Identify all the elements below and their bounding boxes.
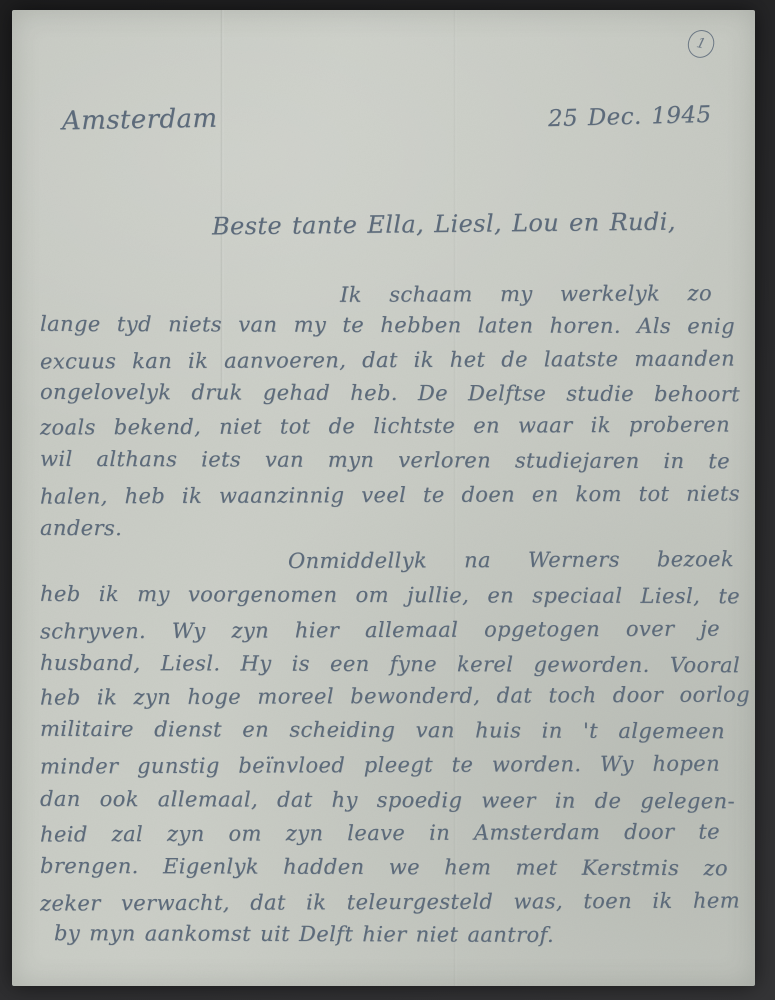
handwritten-line: ongelovelyk druk gehad heb. De Delftse s… (40, 380, 740, 412)
handwritten-line: husband, Liesl. Hy is een fyne kerel gew… (40, 651, 740, 683)
letter-city: Amsterdam (62, 104, 218, 137)
letter-salutation: Beste tante Ella, Liesl, Lou en Rudi, (212, 208, 676, 241)
handwritten-line: lange tyd niets van my te hebben laten h… (40, 312, 735, 344)
handwritten-line: Onmiddellyk na Werners bezoek (288, 547, 734, 579)
page-number: 1 (695, 35, 708, 53)
handwritten-line: zoals bekend, niet tot de lichtste en wa… (40, 412, 730, 445)
handwritten-line: anders. (40, 516, 122, 540)
handwritten-line: excuus kan ik aanvoeren, dat ik het de l… (40, 346, 735, 379)
handwritten-line: dan ook allemaal, dat hy spoedig weer in… (40, 787, 735, 819)
handwritten-line: minder gunstig beïnvloed pleegt te worde… (40, 752, 720, 785)
handwritten-line: brengen. Eigenlyk hadden we hem met Kers… (40, 854, 728, 886)
handwritten-line: halen, heb ik waanzinnig veel te doen en… (40, 481, 740, 514)
handwritten-line: by myn aankomst uit Delft hier niet aant… (54, 921, 554, 947)
handwritten-line: militaire dienst en scheiding van huis i… (40, 717, 725, 749)
circled-page-number: 1 (685, 27, 717, 60)
handwritten-line: wil althans iets van myn verloren studie… (40, 447, 730, 479)
handwritten-line: schryven. Wy zyn hier allemaal opgetogen… (40, 617, 720, 650)
handwritten-line: Ik schaam my werkelyk zo (340, 281, 712, 313)
letter-date: 25 Dec. 1945 (548, 102, 712, 132)
handwritten-line: heb ik my voorgenomen om jullie, en spec… (40, 582, 740, 614)
scanner-background: 1 Amsterdam 25 Dec. 1945 Beste tante Ell… (0, 0, 775, 1000)
letter-paper: 1 Amsterdam 25 Dec. 1945 Beste tante Ell… (12, 10, 755, 986)
handwritten-line: heid zal zyn om zyn leave in Amsterdam d… (40, 820, 720, 853)
handwritten-line: heb ik zyn hoge moreel bewonderd, dat to… (40, 682, 750, 715)
handwritten-line: zeker verwacht, dat ik teleurgesteld was… (40, 888, 740, 921)
